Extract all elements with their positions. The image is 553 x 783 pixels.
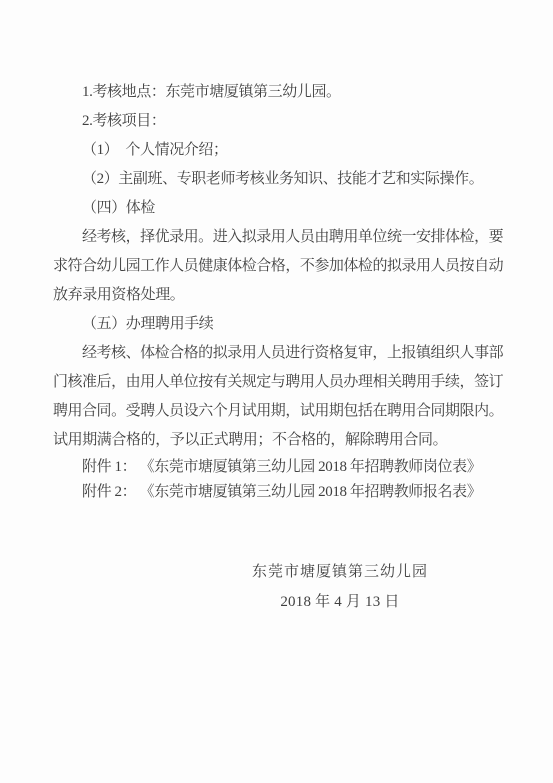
document-line: 门核准后，由用人单位按有关规定与聘用人员办理相关聘用手续，签订 [53,368,503,397]
document-line: 求符合幼儿园工作人员健康体检合格，不参加体检的拟录用人员按自动 [53,252,503,281]
document-page: 1.考核地点：东莞市塘厦镇第三幼儿园。 2.考核项目： （1） 个人情况介绍； … [0,0,553,783]
document-line: 聘用合同。受聘人员设六个月试用期，试用期包括在聘用合同期限内。 [53,397,503,426]
document-line: 试用期满合格的，予以正式聘用；不合格的，解除聘用合同。 [53,426,503,455]
document-line: 1.考核地点：东莞市塘厦镇第三幼儿园。 [53,78,503,107]
attachment-line: 附件 2： 《东莞市塘厦镇第三幼儿园 2018 年招聘教师报名表》 [53,480,503,505]
document-line: 2.考核项目： [53,107,503,136]
signature-org: 东莞市塘厦镇第三幼儿园 [180,557,500,587]
document-line: 放弃录用资格处理。 [53,281,503,310]
document-line: 经考核，择优录用。进入拟录用人员由聘用单位统一安排体检，要 [53,223,503,252]
document-line: （1） 个人情况介绍； [53,136,503,165]
signature-date: 2018 年 4 月 13 日 [180,587,500,617]
section-heading: （四）体检 [53,194,503,223]
attachments-section: 附件 1： 《东莞市塘厦镇第三幼儿园 2018 年招聘教师岗位表》 附件 2： … [53,455,503,505]
attachment-line: 附件 1： 《东莞市塘厦镇第三幼儿园 2018 年招聘教师岗位表》 [53,455,503,480]
signature-block: 东莞市塘厦镇第三幼儿园 2018 年 4 月 13 日 [180,557,500,617]
section-heading: （五）办理聘用手续 [53,310,503,339]
document-line: （2）主副班、专职老师考核业务知识、技能才艺和实际操作。 [53,165,503,194]
document-line: 经考核、体检合格的拟录用人员进行资格复审，上报镇组织人事部 [53,339,503,368]
